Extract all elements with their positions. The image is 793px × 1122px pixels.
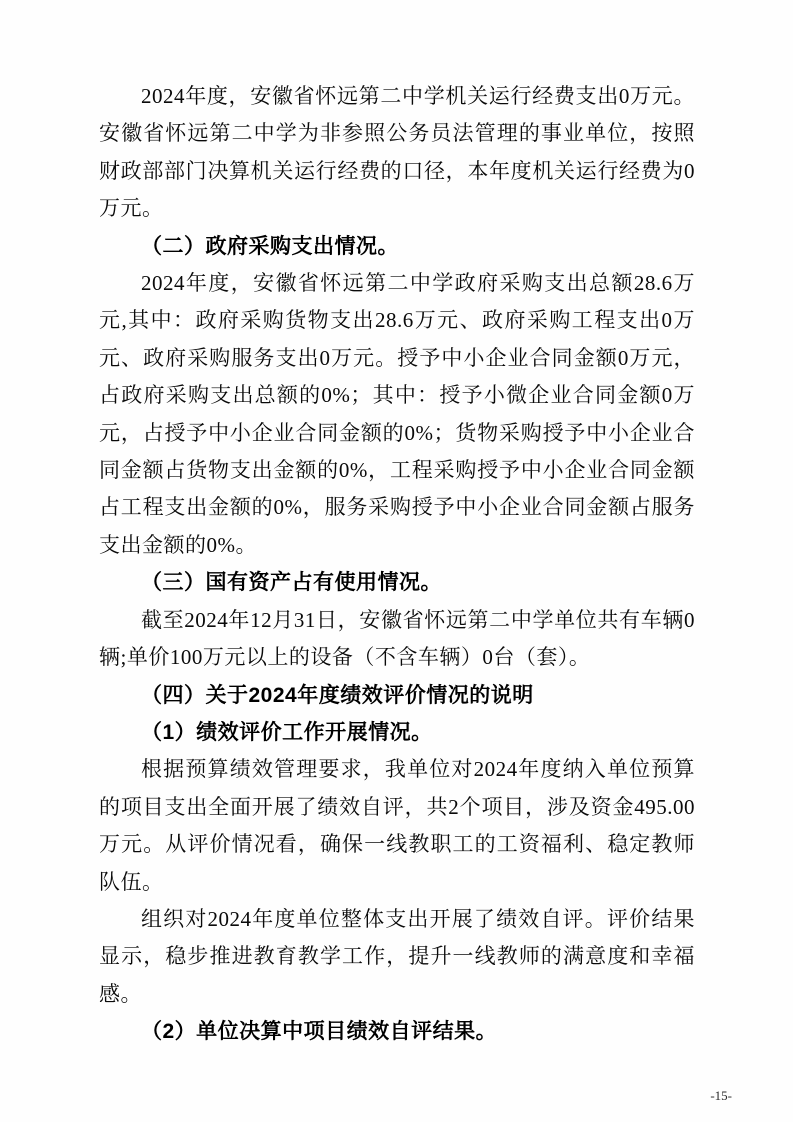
page-number: -15- <box>710 1089 732 1102</box>
document-content: 2024年度，安徽省怀远第二中学机关运行经费支出0万元。安徽省怀远第二中学为非参… <box>99 78 695 1051</box>
paragraph-procurement-details: 2024年度，安徽省怀远第二中学政府采购支出总额28.6万元,其中：政府采购货物… <box>99 265 695 564</box>
paragraph-overall-expenditure-evaluation: 组织对2024年度单位整体支出开展了绩效自评。评价结果显示，稳步推进教育教学工作… <box>99 901 695 1013</box>
heading-government-procurement: （二）政府采购支出情况。 <box>99 228 695 265</box>
paragraph-organ-running-costs: 2024年度，安徽省怀远第二中学机关运行经费支出0万元。安徽省怀远第二中学为非参… <box>99 78 695 228</box>
heading-evaluation-work: （1）绩效评价工作开展情况。 <box>99 714 695 751</box>
heading-state-assets: （三）国有资产占有使用情况。 <box>99 564 695 601</box>
heading-performance-evaluation: （四）关于2024年度绩效评价情况的说明 <box>99 677 695 714</box>
paragraph-state-assets-details: 截至2024年12月31日，安徽省怀远第二中学单位共有车辆0辆;单价100万元以… <box>99 602 695 677</box>
paragraph-self-evaluation-projects: 根据预算绩效管理要求，我单位对2024年度纳入单位预算的项目支出全面开展了绩效自… <box>99 751 695 901</box>
document-page: 2024年度，安徽省怀远第二中学机关运行经费支出0万元。安徽省怀远第二中学为非参… <box>0 0 793 1122</box>
heading-project-self-evaluation-results: （2）单位决算中项目绩效自评结果。 <box>99 1013 695 1050</box>
